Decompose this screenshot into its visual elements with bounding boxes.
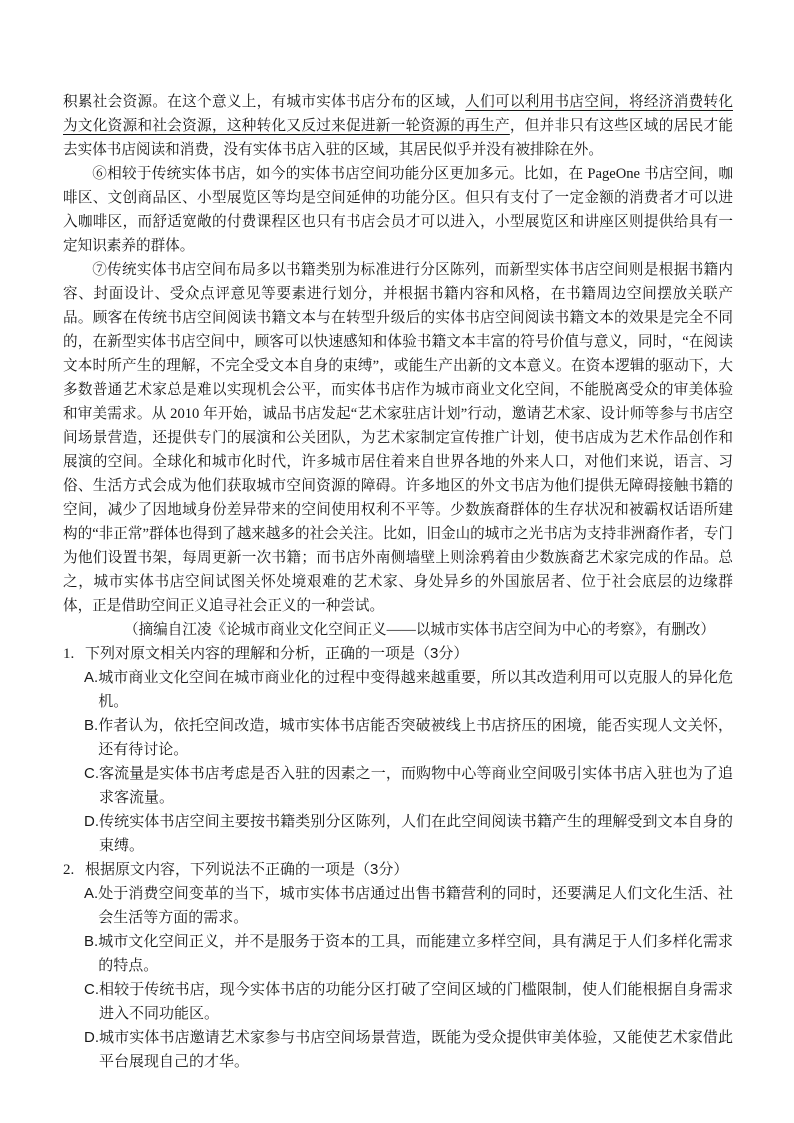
question-1-option-b: B. 作者认为，依托空间改造，城市实体书店能否突破被线上书店挤压的困境，能否实现… — [63, 714, 733, 762]
question-1-number: 1. — [63, 642, 85, 666]
exam-page: 积累社会资源。在这个意义上，有城市实体书店分布的区域，人们可以利用书店空间，将经… — [0, 0, 794, 1123]
option-text: 相较于传统书店，现今实体书店的功能分区打破了空间区域的门槛限制，使人们能根据自身… — [99, 978, 733, 1026]
option-text: 城市文化空间正义，并不是服务于资本的工具，而能建立多样空间，具有满足于人们多样化… — [98, 930, 733, 978]
option-text: 客流量是实体书店考虑是否入驻的因素之一，而购物中心等商业空间吸引实体书店入驻也为… — [99, 762, 733, 810]
option-label: C. — [84, 762, 99, 810]
option-label: A. — [84, 882, 98, 930]
question-1: 1. 下列对原文相关内容的理解和分析，正确的一项是（3分） A. 城市商业文化空… — [63, 642, 733, 858]
option-text: 处于消费空间变革的当下，城市实体书店通过出售书籍营利的同时，还要满足人们文化生活… — [98, 882, 733, 930]
reading-passage: 积累社会资源。在这个意义上，有城市实体书店分布的区域，人们可以利用书店空间，将经… — [63, 90, 733, 642]
question-2-option-b: B. 城市文化空间正义，并不是服务于资本的工具，而能建立多样空间，具有满足于人们… — [63, 930, 733, 978]
option-text: 城市实体书店邀请艺术家参与书店空间场景营造，既能为受众提供审美体验，又能使艺术家… — [99, 1026, 733, 1074]
question-2-option-a: A. 处于消费空间变革的当下，城市实体书店通过出售书籍营利的同时，还要满足人们文… — [63, 882, 733, 930]
passage-text: 积累社会资源。在这个意义上，有城市实体书店分布的区域， — [63, 94, 465, 110]
option-label: D. — [84, 1026, 99, 1074]
option-text: 传统实体书店空间主要按书籍类别分区陈列，人们在此空间阅读书籍产生的理解受到文本自… — [99, 810, 733, 858]
question-1-option-c: C. 客流量是实体书店考虑是否入驻的因素之一，而购物中心等商业空间吸引实体书店入… — [63, 762, 733, 810]
passage-paragraph-5: 积累社会资源。在这个意义上，有城市实体书店分布的区域，人们可以利用书店空间，将经… — [63, 90, 733, 162]
passage-paragraph-7: ⑦传统实体书店空间布局多以书籍类别为标准进行分区陈列，而新型实体书店空间则是根据… — [63, 258, 733, 618]
question-2: 2. 根据原文内容，下列说法不正确的一项是（3分） A. 处于消费空间变革的当下… — [63, 858, 733, 1074]
option-label: B. — [84, 714, 98, 762]
option-label: C. — [84, 978, 99, 1026]
question-2-number: 2. — [63, 858, 85, 882]
questions-section: 1. 下列对原文相关内容的理解和分析，正确的一项是（3分） A. 城市商业文化空… — [63, 642, 733, 1074]
question-1-option-d: D. 传统实体书店空间主要按书籍类别分区陈列，人们在此空间阅读书籍产生的理解受到… — [63, 810, 733, 858]
passage-paragraph-6: ⑥相较于传统实体书店，如今的实体书店空间功能分区更加多元。比如，在 PageOn… — [63, 162, 733, 258]
option-text: 城市商业文化空间在城市商业化的过程中变得越来越重要，所以其改造利用可以克服人的异… — [98, 666, 733, 714]
question-2-option-d: D. 城市实体书店邀请艺术家参与书店空间场景营造，既能为受众提供审美体验，又能使… — [63, 1026, 733, 1074]
question-2-stem-row: 2. 根据原文内容，下列说法不正确的一项是（3分） — [63, 858, 733, 882]
question-2-stem: 根据原文内容，下列说法不正确的一项是（3分） — [85, 858, 733, 882]
source-attribution: （摘编自江凌《论城市商业文化空间正义——以城市实体书店空间为中心的考察》，有删改… — [63, 618, 733, 642]
question-1-stem-row: 1. 下列对原文相关内容的理解和分析，正确的一项是（3分） — [63, 642, 733, 666]
question-2-option-c: C. 相较于传统书店，现今实体书店的功能分区打破了空间区域的门槛限制，使人们能根… — [63, 978, 733, 1026]
option-label: D. — [84, 810, 99, 858]
option-label: B. — [84, 930, 98, 978]
question-1-stem: 下列对原文相关内容的理解和分析，正确的一项是（3分） — [85, 642, 733, 666]
question-1-option-a: A. 城市商业文化空间在城市商业化的过程中变得越来越重要，所以其改造利用可以克服… — [63, 666, 733, 714]
option-label: A. — [84, 666, 98, 714]
option-text: 作者认为，依托空间改造，城市实体书店能否突破被线上书店挤压的困境，能否实现人文关… — [98, 714, 733, 762]
